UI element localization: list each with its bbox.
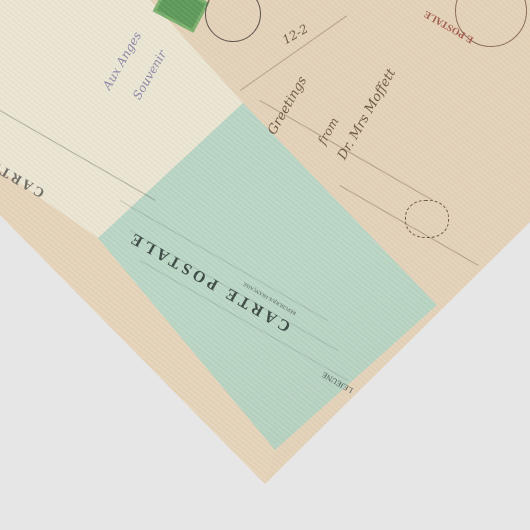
postmark-circle: [205, 0, 261, 42]
handwriting-from: from: [315, 115, 342, 147]
cancellation-stamp: [405, 200, 449, 238]
handwriting-name: Dr. Mrs Moffett: [335, 66, 399, 162]
handwriting-greeting: Greetings: [265, 74, 310, 138]
tissue-paper: CARTE POSTALE RÉPUBLIQUE FRANÇAISE CARTE…: [0, 0, 530, 530]
